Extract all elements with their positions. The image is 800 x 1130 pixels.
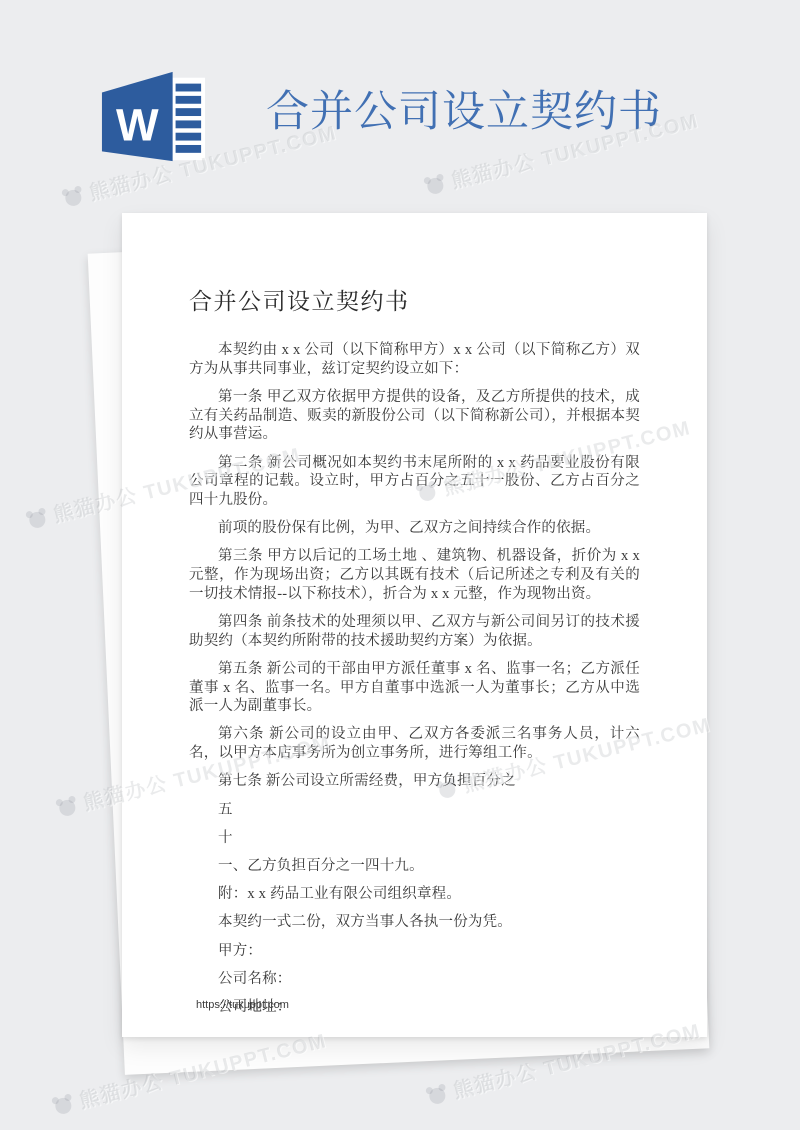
panda-icon: [60, 184, 86, 209]
panda-icon: [50, 1092, 76, 1117]
document-page: 合并公司设立契约书 本契约由 x x 公司（以下简称甲方）x x 公司（以下简称…: [122, 213, 707, 1037]
panda-icon: [424, 1082, 450, 1107]
doc-paragraph: 前项的股份保有比例，为甲、乙双方之间持续合作的依据。: [189, 519, 640, 538]
doc-paragraph: 第五条 新公司的干部由甲方派任董事 x 名、监事一名；乙方派任董事 x 名、监事…: [189, 660, 640, 716]
document-title: 合并公司设立契约书: [189, 283, 640, 316]
doc-paragraph: 本契约一式二份，双方当事人各执一份为凭。: [189, 913, 640, 932]
panda-icon: [24, 506, 50, 531]
doc-paragraph: 第七条 新公司设立所需经费，甲方负担百分之: [189, 772, 640, 791]
doc-paragraph: 第三条 甲方以后记的工场土地 、建筑物、机器设备，折价为 x x 元整，作为现场…: [189, 547, 640, 603]
doc-paragraph: 五: [189, 801, 640, 820]
doc-paragraph: 一、乙方负担百分之一四十九。: [189, 857, 640, 876]
doc-paragraph: 第二条 新公司概况如本契约书末尾所附的 x x 药品要业股份有限公司章程的记载。…: [189, 454, 640, 510]
doc-paragraph: 十: [189, 829, 640, 848]
doc-paragraph: 本契约由 x x 公司（以下简称甲方）x x 公司（以下简称乙方）双方为从事共同…: [189, 341, 640, 378]
document-footer-link[interactable]: https://tukuppt.com: [196, 999, 289, 1011]
document-body: 本契约由 x x 公司（以下简称甲方）x x 公司（以下简称乙方）双方为从事共同…: [189, 341, 640, 1017]
doc-paragraph: 附：x x 药品工业有限公司组织章程。: [189, 885, 640, 904]
word-icon: W: [99, 69, 207, 165]
page-title: 合并公司设立契约书: [266, 88, 662, 136]
doc-paragraph: 第一条 甲乙双方依据甲方提供的设备，及乙方所提供的技术，成立有关药品制造、贩卖的…: [189, 388, 640, 444]
preview-background: W 合并公司设立契约书 合并公司设立契约书 本契约由 x x 公司（以下简称甲方…: [0, 0, 800, 1130]
panda-icon: [54, 794, 80, 819]
header: W 合并公司设立契约书: [0, 0, 800, 185]
doc-paragraph: 第四条 前条技术的处理须以甲、乙双方与新公司间另订的技术援助契约（本契约所附带的…: [189, 613, 640, 650]
doc-paragraph: 公司名称：: [189, 970, 640, 989]
doc-paragraph: 第六条 新公司的设立由甲、乙双方各委派三名事务人员，计六名，以甲方本店事务所为创…: [189, 725, 640, 762]
word-icon-w-letter: W: [116, 100, 159, 151]
doc-paragraph: 甲方：: [189, 942, 640, 961]
